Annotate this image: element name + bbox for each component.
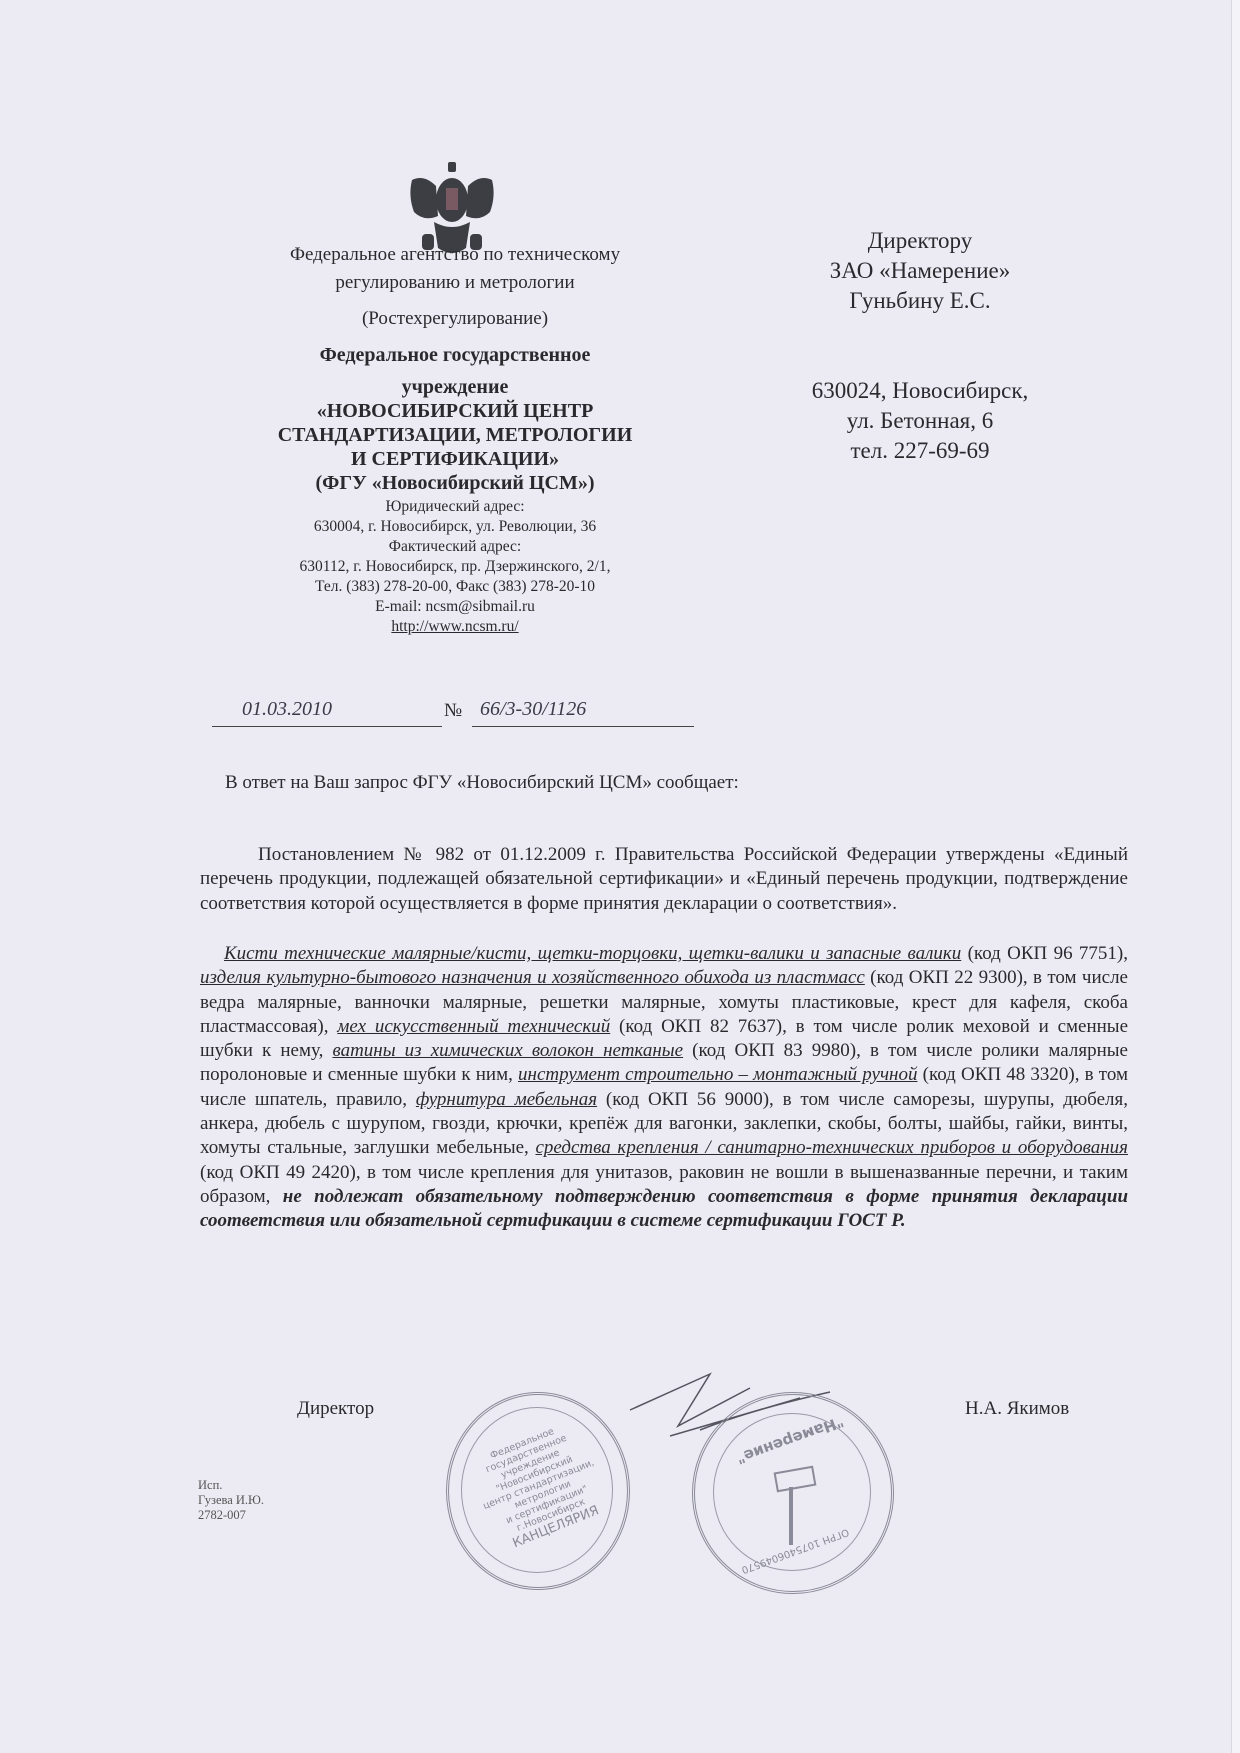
conclusion-c: соответствия или обязательной сертификац… (200, 1210, 906, 1231)
addressee-address1: 630024, Новосибирск, (770, 376, 1070, 406)
executor-info: Исп. Гузева И.Ю. 2782-007 (198, 1478, 264, 1523)
product-item-6: фурнитура мебельная (416, 1089, 597, 1110)
number-field: 66/3-30/1126 (472, 698, 694, 727)
actual-address: 630112, г. Новосибирск, пр. Дзержинского… (230, 557, 680, 577)
number-label: № (444, 700, 462, 722)
body-paragraph-1: Постановлением № 982 от 01.12.2009 г. Пр… (200, 843, 1128, 916)
product-item-2: изделия культурно-бытового назначения и … (200, 967, 865, 988)
legal-address-label: Юридический адрес: (230, 497, 680, 517)
executor-phone: 2782-007 (198, 1508, 264, 1523)
email: E-mail: ncsm@sibmail.ru (230, 597, 680, 617)
body-paragraph-2: Кисти технические малярные/кисти, щетки-… (200, 942, 1128, 1234)
addressee-company: ЗАО «Намерение» (770, 256, 1070, 286)
conclusion-b: подтверждению соответствия в форме приня… (555, 1186, 1128, 1207)
legal-address: 630004, г. Новосибирск, ул. Революции, 3… (230, 517, 680, 537)
org-name-line1: Федеральное государственное (230, 343, 680, 367)
intro-text: В ответ на Ваш запрос ФГУ «Новосибирский… (225, 772, 739, 794)
agency-short-name: (Ростехрегулирование) (230, 305, 680, 333)
agency-name-line1: Федеральное агентство по техническому (230, 241, 680, 269)
letterhead: Федеральное агентство по техническому ре… (230, 241, 680, 637)
executor-name: Гузева И.Ю. (198, 1493, 264, 1508)
addressee-title: Директору (770, 226, 1070, 256)
org-name-line5: И СЕРТИФИКАЦИИ» (230, 447, 680, 471)
date-field: 01.03.2010 (212, 698, 442, 727)
addressee-phone: тел. 227-69-69 (770, 436, 1070, 466)
product-item-1: Кисти технические малярные/кисти, щетки-… (224, 943, 961, 964)
actual-address-label: Фактический адрес: (230, 537, 680, 557)
addressee-name: Гуньбину Е.С. (770, 286, 1070, 316)
signatory-name: Н.А. Якимов (965, 1398, 1069, 1420)
addressee-address2: ул. Бетонная, 6 (770, 406, 1070, 436)
page-edge (1231, 0, 1240, 1753)
org-short-name: (ФГУ «Новосибирский ЦСМ») (230, 471, 680, 495)
phone-fax: Тел. (383) 278-20-00, Факс (383) 278-20-… (230, 577, 680, 597)
executor-label: Исп. (198, 1478, 264, 1493)
letter-number: 66/3-30/1126 (480, 698, 586, 720)
stamp-ncsm-chancellery: Федеральное государственное учреждение "… (446, 1392, 630, 1590)
letter-date: 01.03.2010 (242, 698, 332, 720)
product-item-3: мех искусственный технический (337, 1016, 610, 1037)
product-item-7: средства крепления / санитарно-техническ… (535, 1137, 1128, 1158)
product-item-4: ватины из химических волокон нетканые (332, 1040, 683, 1061)
website-link[interactable]: http://www.ncsm.ru/ (391, 618, 518, 635)
signatory-title: Директор (297, 1398, 374, 1420)
stamp-namerenie: "Намерение" ОГРН 1075406049570 (692, 1392, 894, 1594)
org-name-line2: учреждение (230, 375, 680, 399)
addressee: Директору ЗАО «Намерение» Гуньбину Е.С. … (770, 226, 1070, 466)
agency-name-line2: регулированию и метрологии (230, 269, 680, 297)
org-name-line4: СТАНДАРТИЗАЦИИ, МЕТРОЛОГИИ (230, 423, 680, 447)
org-name-line3: «НОВОСИБИРСКИЙ ЦЕНТР (230, 399, 680, 423)
product-item-5: инструмент строительно – монтажный ручно… (518, 1064, 917, 1085)
conclusion-a: не подлежат обязательному (283, 1186, 555, 1207)
